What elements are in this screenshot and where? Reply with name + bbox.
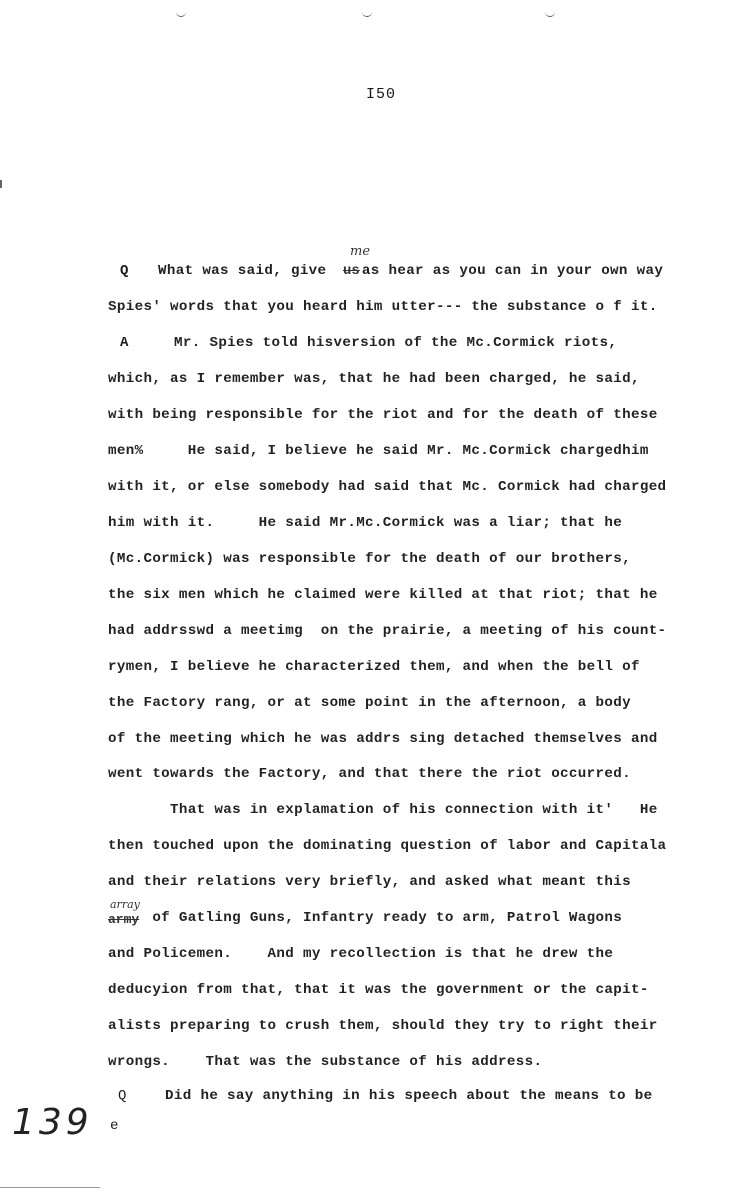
text-line: the Factory rang, or at some point in th… [108,695,631,711]
question-marker: Q [118,1088,126,1104]
handwritten-insertion: me [350,244,370,259]
margin-handwritten-number: 139 [12,1102,93,1143]
text-line: with it, or else somebody had said that … [108,479,666,495]
text-line: That was in explamation of his connectio… [108,802,658,818]
page-number: I50 [366,86,396,103]
struck-word: army [108,912,139,927]
text-line: which, as I remember was, that he had be… [108,371,640,387]
text-line: the six men which he claimed were killed… [108,587,658,603]
text-line: deducyion from that, that it was the gov… [108,982,649,998]
text-line: rymen, I believe he characterized them, … [108,659,640,675]
text-line: Did he say anything in his speech about … [165,1088,653,1104]
struck-word: us [343,263,360,279]
question-marker: Q [120,263,128,279]
answer-marker: A [120,335,128,351]
text-line: Mr. Spies told hisversion of the Mc.Corm… [174,335,617,351]
punch-hole-center [360,6,374,20]
text-line: then touched upon the dominating questio… [108,838,666,854]
text-line: What was said, give as hear as you can i… [158,263,663,279]
text-line: went towards the Factory, and that there… [108,766,631,782]
text-line: of Gatling Guns, Infantry ready to arm, … [108,910,622,926]
text-line: him with it. He said Mr.Mc.Cormick was a… [108,515,622,531]
text-line: (Mc.Cormick) was responsible for the dea… [108,551,631,567]
text-line: wrongs. That was the substance of his ad… [108,1054,542,1070]
text-line: alists preparing to crush them, should t… [108,1018,658,1034]
punch-hole-right [543,6,557,20]
margin-tick [0,180,2,188]
text-line: of the meeting which he was addrs sing d… [108,731,658,747]
text-line: and their relations very briefly, and as… [108,874,631,890]
text-line: e [110,1118,119,1134]
bottom-edge-line [0,1187,100,1188]
text-line: with being responsible for the riot and … [108,407,658,423]
text-line: had addrsswd a meetimg on the prairie, a… [108,623,666,639]
text-line: Spies' words that you heard him utter---… [108,299,658,315]
punch-hole-left [174,6,188,20]
handwritten-insertion: array [110,898,140,911]
text-line: men% He said, I believe he said Mr. Mc.C… [108,443,649,459]
text-line: and Policemen. And my recollection is th… [108,946,613,962]
